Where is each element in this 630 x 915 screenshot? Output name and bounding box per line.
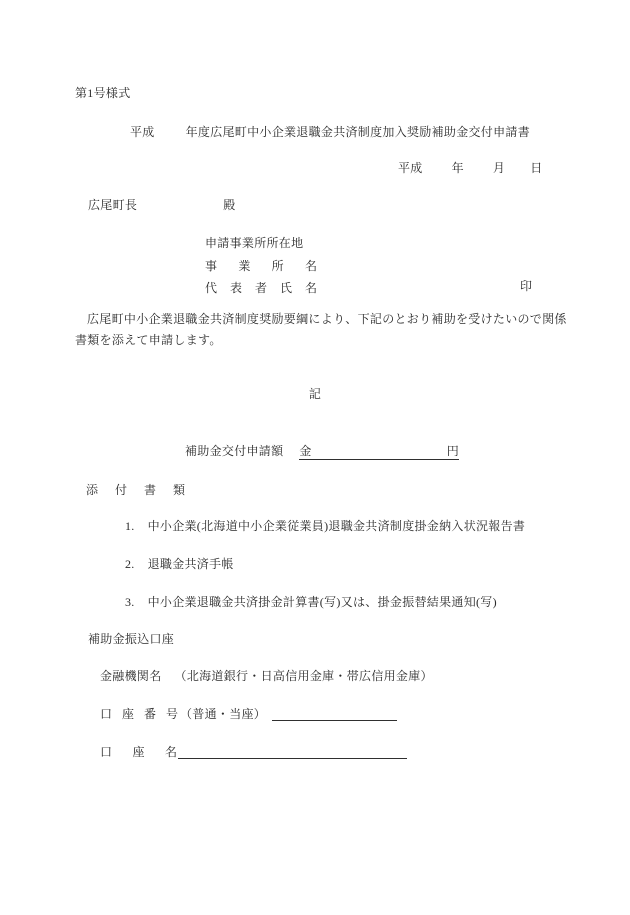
bank-section-heading: 補助金振込口座 [88,631,174,647]
addressee-honorific: 殿 [223,198,235,212]
title-year-blank[interactable] [155,135,186,136]
date-month-blank[interactable] [464,171,493,172]
applicant-address-label: 申請事業所所在地 [205,235,303,251]
applicant-representative-label: 代表者氏名 [205,280,317,296]
seal-mark: 印 [520,278,532,294]
attachment-item-3: 3.中小企業退職金共済掛金計算書(写)又は、掛金振替結果通知(写) [125,594,497,610]
date-year-blank[interactable] [423,171,452,172]
attachment-item-2-text: 退職金共済手帳 [148,557,234,571]
addressee-name-blank[interactable] [137,208,223,209]
bank-account-name-line: 口座名 [100,744,407,760]
attachment-item-1: 1.中小企業(北海道中小企業従業員)退職金共済制度掛金納入状況報告書 [125,518,525,534]
account-number-blank[interactable] [272,706,397,721]
applicant-representative-line: 代表者氏名 [205,280,317,296]
form-number: 第1号様式 [75,85,131,101]
amount-label: 補助金交付申請額 [185,444,283,458]
date-day-blank[interactable] [505,171,530,172]
date-era-label: 平成 [398,161,423,175]
applicant-office-line: 事業所名 [205,258,317,274]
title-text: 年度広尾町中小企業退職金共済制度加入奨励補助金交付申請書 [186,125,530,139]
date-month-label: 月 [493,161,505,175]
attachment-item-3-text: 中小企業退職金共済掛金計算書(写)又は、掛金振替結果通知(写) [148,595,497,609]
attachment-item-1-text: 中小企業(北海道中小企業従業員)退職金共済制度掛金納入状況報告書 [148,519,526,533]
applicant-office-label: 事業所名 [205,258,317,274]
account-number-label: 口座番号 [100,706,178,722]
form-title: 平成年度広尾町中小企業退職金共済制度加入奨励補助金交付申請書 [130,124,530,140]
title-era-label: 平成 [130,125,155,139]
attachment-item-2-number: 2. [125,557,135,571]
record-heading: 記 [0,386,630,402]
attachments-heading-line: 添付書類 [86,482,185,498]
attachment-item-2: 2.退職金共済手帳 [125,556,234,572]
attachment-item-1-number: 1. [125,519,135,533]
addressee-line: 広尾町長殿 [88,197,236,213]
attachment-item-3-number: 3. [125,595,135,609]
body-paragraph-line2: 書類を添えて申請します。 [75,332,222,348]
bank-account-number-line: 口座番号（普通・当座） [100,706,397,722]
addressee-name: 広尾町長 [88,198,137,212]
application-form-page: 第1号様式 平成年度広尾町中小企業退職金共済制度加入奨励補助金交付申請書 平成年… [0,0,630,915]
account-type-options: （普通・当座） [180,707,266,721]
date-year-label: 年 [452,161,464,175]
bank-institution-label: 金融機関名 [100,669,162,683]
date-day-label: 日 [530,161,542,175]
account-name-label: 口座名 [100,744,177,760]
amount-field: 金円 [299,444,459,460]
body-paragraph-line1: 広尾町中小企業退職金共済制度奨励要綱により、下記のとおり補助を受けたいので関係 [87,311,567,327]
amount-value-blank[interactable] [312,454,447,455]
amount-line: 補助金交付申請額金円 [185,443,459,459]
amount-suffix: 円 [447,444,459,458]
attachments-heading: 添付書類 [86,482,185,498]
amount-prefix: 金 [299,444,311,458]
account-name-blank[interactable] [178,744,407,759]
bank-institution-line: 金融機関名（北海道銀行・日高信用金庫・帯広信用金庫） [100,668,433,684]
date-line: 平成年月日 [398,160,543,176]
bank-institution-options: （北海道銀行・日高信用金庫・帯広信用金庫） [175,669,433,683]
